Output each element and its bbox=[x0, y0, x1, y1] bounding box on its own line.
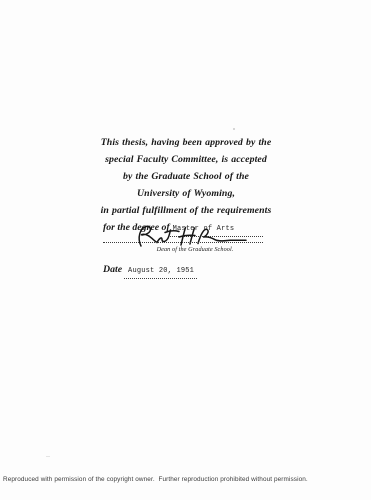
scan-artifact bbox=[233, 128, 235, 130]
statement-line: special Faculty Committee, is accepted bbox=[93, 151, 279, 168]
signature-blank-line bbox=[103, 242, 263, 243]
approval-statement: This thesis, having been approved by the… bbox=[93, 134, 279, 219]
statement-line: This thesis, having been approved by the bbox=[93, 134, 279, 151]
scan-artifact bbox=[46, 456, 50, 457]
statement-line: by the Graduate School of the bbox=[93, 168, 279, 185]
date-typed-value: August 20, 1951 bbox=[128, 267, 194, 275]
date-label: Date bbox=[103, 264, 122, 275]
scanned-thesis-approval-page: This thesis, having been approved by the… bbox=[0, 0, 371, 500]
reproduction-notice: Reproduced with permission of the copyri… bbox=[3, 476, 308, 483]
date-line: Date August 20, 1951 bbox=[103, 259, 197, 279]
statement-line: University of Wyoming, bbox=[93, 185, 279, 202]
signature-caption: Dean of the Graduate School. bbox=[115, 246, 275, 253]
date-blank-line: August 20, 1951 bbox=[124, 259, 197, 279]
